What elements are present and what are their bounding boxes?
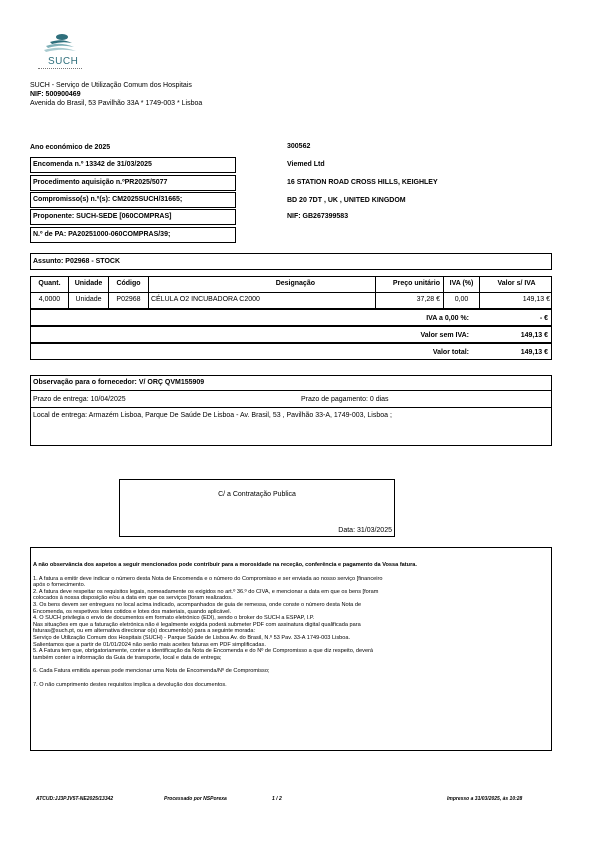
logo-subtitle	[38, 68, 82, 70]
notes-line: 5. A Fatura tem que, obrigatoriamente, c…	[33, 648, 549, 655]
total-value: 149,13 €	[521, 348, 548, 357]
row-code: P02968	[109, 293, 149, 308]
notes-list: 1. A fatura a emitir deve indicar o núme…	[33, 576, 549, 662]
supplier-name: Viemed Ltd	[287, 161, 325, 168]
total-net-label: Valor sem IVA:	[420, 331, 469, 340]
notes-intro: A não observância dos aspetos a seguir m…	[33, 562, 549, 569]
footer-printed: Impresso a 31/03/2025, às 10:28	[447, 796, 522, 802]
logo-text: SUCH	[48, 56, 78, 67]
order-number: Encomenda n.º 13342 de 31/03/2025	[30, 157, 236, 173]
total-net-value: 149,13 €	[521, 331, 548, 340]
col-designation: Designação	[149, 277, 376, 292]
pa-number: N.º de PA: PA20251000-060COMPRAS/39;	[30, 227, 236, 243]
proponent: Proponente: SUCH-SEDE [060COMPRAS]	[30, 209, 236, 225]
total-row: Valor total: 149,13 €	[30, 343, 552, 360]
row-unit: Unidade	[69, 293, 109, 308]
notes-line: 3. Os bens devem ser entregues no local …	[33, 602, 549, 609]
notes-line: também conter a informação da Guia de tr…	[33, 655, 549, 662]
total-label: Valor total:	[433, 348, 469, 357]
such-logo: SUCH	[38, 30, 82, 66]
issuer-address: Avenida do Brasil, 53 Pavilhão 33A * 174…	[30, 99, 202, 108]
notes-line: Nas situações em que a faturação eletrón…	[33, 622, 549, 629]
notes-line: após o fornecimento.	[33, 582, 549, 589]
footer-doc-ref: ATCUD:JJ3PJV5T-NE2025/13342	[36, 796, 113, 802]
delivery-deadline: Prazo de entrega: 10/04/2025	[33, 395, 126, 404]
row-designation: CÉLULA O2 INCUBADORA C2000	[149, 293, 376, 308]
delivery-box: Prazo de entrega: 10/04/2025 Prazo de pa…	[30, 390, 552, 446]
notes-line-6: 6. Cada Fatura emitida apenas pode menci…	[33, 668, 549, 675]
table-row: 4,0000 Unidade P02968 CÉLULA O2 INCUBADO…	[30, 292, 552, 309]
issuer-header: SUCH - Serviço de Utilização Comum dos H…	[30, 81, 202, 108]
supplier-observation: Observação para o fornecedor: V/ ORÇ QVM…	[30, 375, 552, 391]
col-value: Valor s/ IVA	[480, 277, 553, 292]
footer-processed-by: Processado por NSPorexa	[164, 796, 227, 802]
supplier-notes: A não observância dos aspetos a seguir m…	[30, 547, 552, 751]
notes-line: Encomenda, os respetivos lotes cotidos e…	[33, 609, 549, 616]
supplier-address-1: 16 STATION ROAD CROSS HILLS, KEIGHLEY	[287, 179, 438, 186]
notes-line: faturas@such.pt, ou em alternativa direc…	[33, 628, 549, 635]
footer-page: 1 / 2	[272, 796, 282, 802]
signature-title: C/ a Contratação Publica	[120, 490, 394, 499]
col-quantity: Quant.	[31, 277, 69, 292]
row-unit-price: 37,28 €	[376, 293, 444, 308]
notes-line: 2. A fatura deve respeitar os requisitos…	[33, 589, 549, 596]
procedure-number: Procedimento aquisição n.ºPR2025/5077	[30, 175, 236, 191]
signature-date: Data: 31/03/2025	[338, 526, 392, 535]
delivery-location: Local de entrega: Armazém Lisboa, Parque…	[33, 411, 392, 420]
notes-line: Serviço de Utilização Comum dos Hospitai…	[33, 635, 549, 642]
supplier-nif: NIF: GB267399583	[287, 213, 348, 220]
issuer-name: SUCH - Serviço de Utilização Comum dos H…	[30, 81, 202, 90]
supplier-code: 300562	[287, 143, 310, 150]
such-waves-logo-icon	[38, 30, 82, 56]
col-code: Código	[109, 277, 149, 292]
total-vat-value: - €	[540, 314, 548, 323]
signature-box: C/ a Contratação Publica Data: 31/03/202…	[119, 479, 395, 537]
col-unit-price: Preço unitário	[376, 277, 444, 292]
notes-line: colocados à nossa disposição e/ou a data…	[33, 595, 549, 602]
items-table-header: Quant. Unidade Código Designação Preço u…	[30, 276, 552, 293]
col-vat: IVA (%)	[444, 277, 480, 292]
commitment-number: Compromisso(s) n.º(s): CM2025SUCH/31665;	[30, 192, 236, 208]
row-vat: 0,00	[444, 293, 480, 308]
fiscal-year: Ano económico de 2025	[30, 143, 110, 152]
delivery-divider	[31, 407, 551, 408]
total-net-row: Valor sem IVA: 149,13 €	[30, 326, 552, 343]
supplier-address-2: BD 20 7DT , UK , UNITED KINGDOM	[287, 197, 406, 204]
row-quantity: 4,0000	[31, 293, 69, 308]
notes-line: 1. A fatura a emitir deve indicar o núme…	[33, 576, 549, 583]
issuer-nif: NIF: 500900469	[30, 90, 202, 99]
subject: Assunto: P02968 - STOCK	[30, 253, 552, 270]
notes-line-7: 7. O não cumprimento destes requisitos i…	[33, 682, 549, 689]
notes-line: 4. O SUCH privilegia o envio de document…	[33, 615, 549, 622]
row-value: 149,13 €	[480, 293, 553, 308]
total-vat-label: IVA a 0,00 %:	[426, 314, 469, 323]
payment-term: Prazo de pagamento: 0 dias	[301, 395, 389, 404]
col-unit: Unidade	[69, 277, 109, 292]
total-vat-row: IVA a 0,00 %: - €	[30, 309, 552, 326]
